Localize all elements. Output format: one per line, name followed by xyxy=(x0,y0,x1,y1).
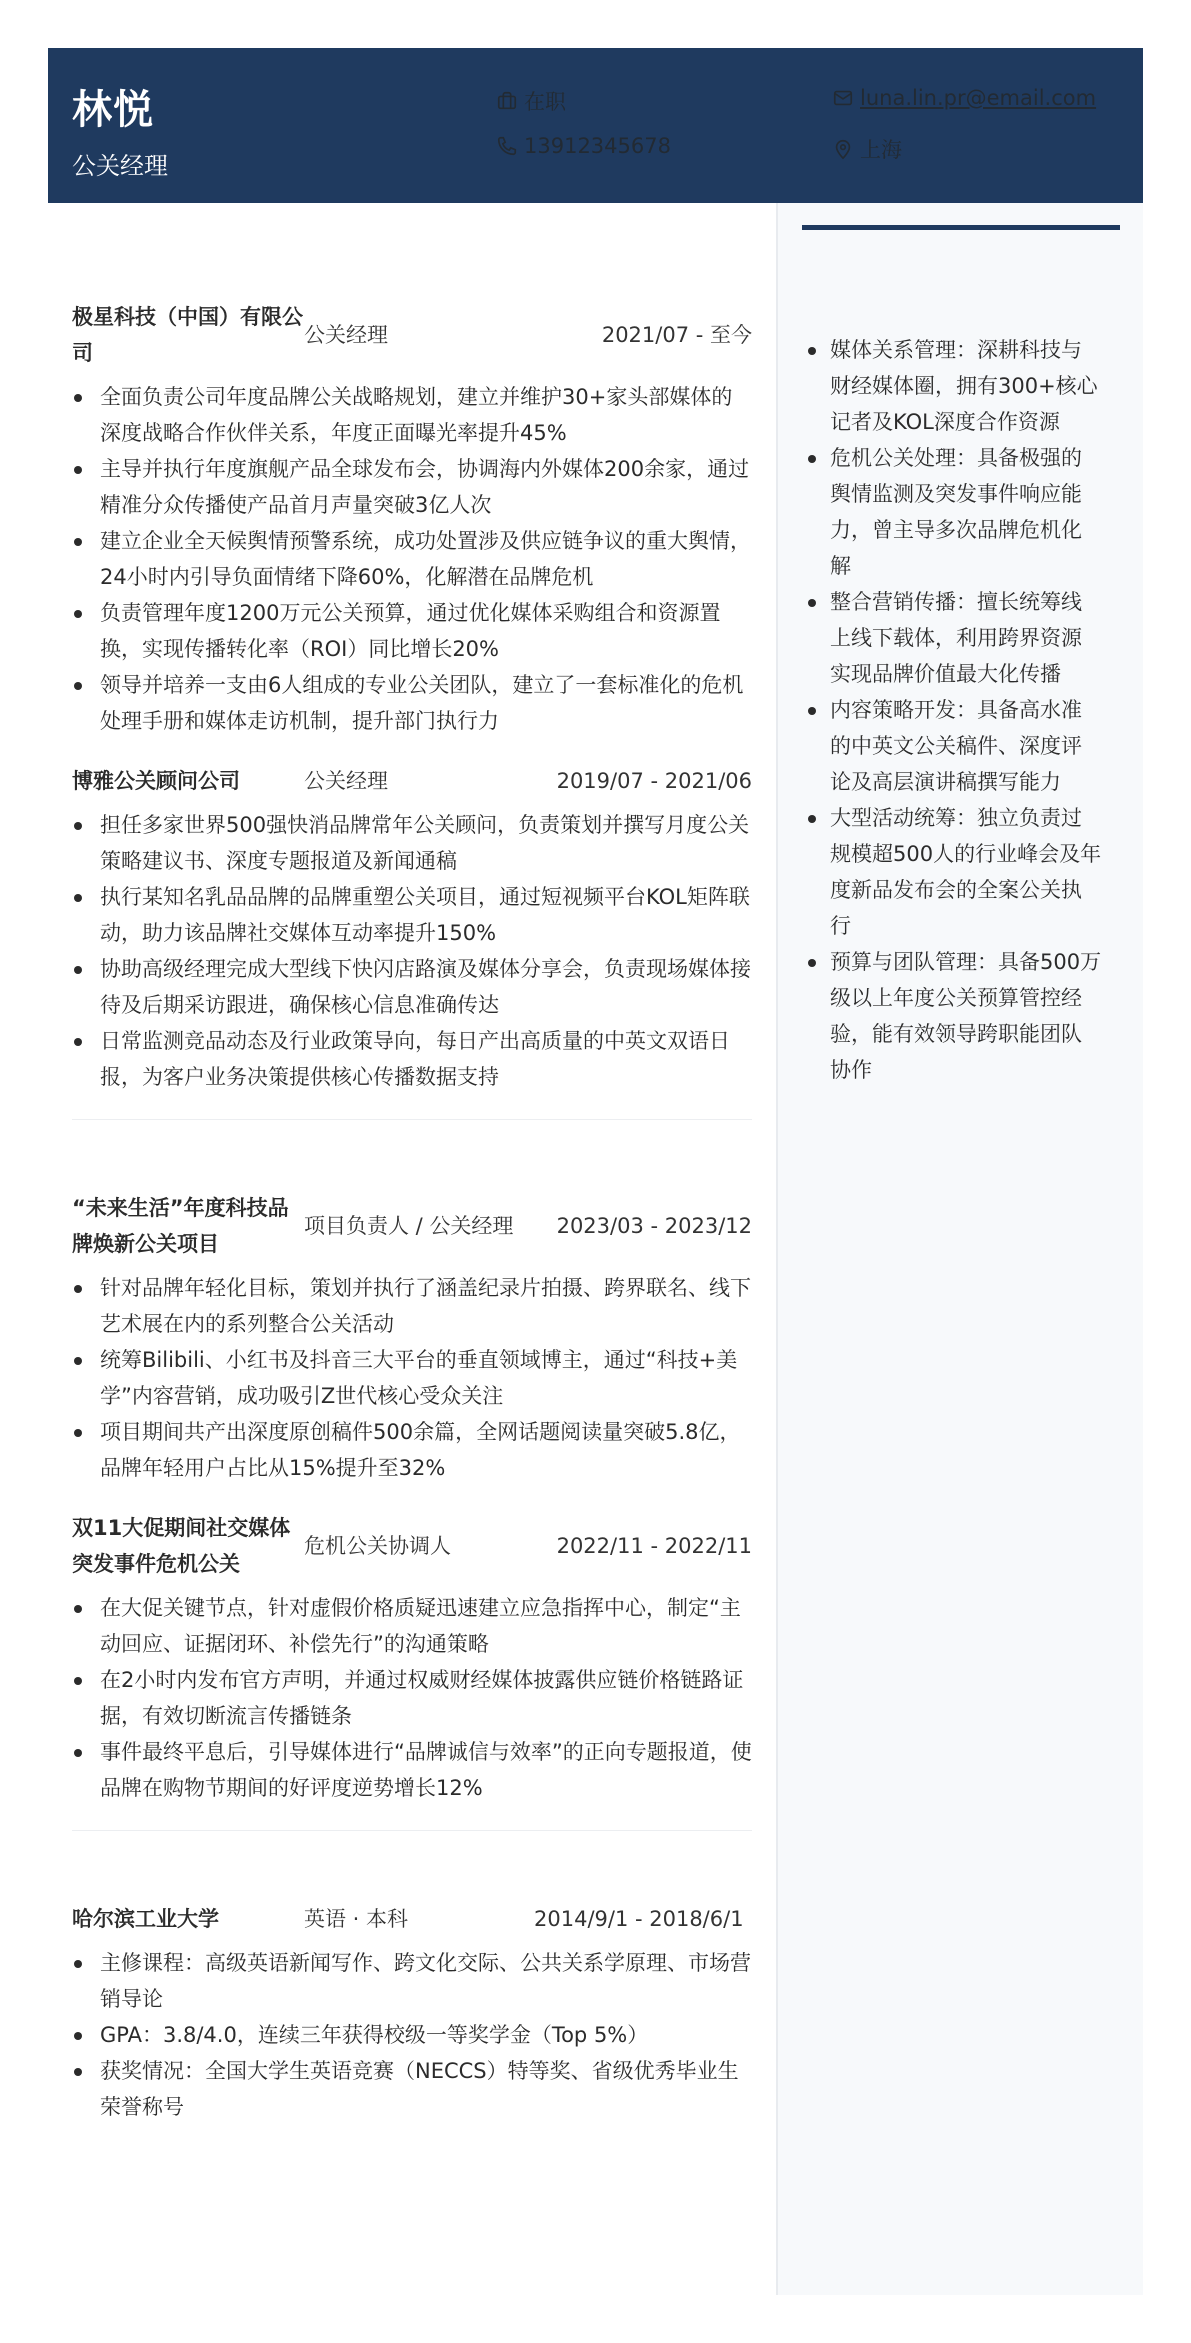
skill-item: 媒体关系管理：深耕科技与财经媒体圈，拥有300+核心记者及KOL深度合作资源 xyxy=(802,332,1102,440)
skill-item: 内容策略开发：具备高水准的中英文公关稿件、深度评论及高层演讲稿撰写能力 xyxy=(802,692,1102,800)
contact-phone-text: 13912345678 xyxy=(524,134,671,158)
entry-date: 2022/11 - 2022/11 xyxy=(544,1528,752,1564)
bullet-item: 负责管理年度1200万元公关预算，通过优化媒体采购组合和资源置换，实现传播转化率… xyxy=(72,595,752,667)
sidebar: 媒体关系管理：深耕科技与财经媒体圈，拥有300+核心记者及KOL深度合作资源 危… xyxy=(776,203,1143,2295)
entry-bullets: 全面负责公司年度品牌公关战略规划，建立并维护30+家头部媒体的深度战略合作伙伴关… xyxy=(72,379,752,739)
skill-item: 危机公关处理：具备极强的舆情监测及突发事件响应能力，曾主导多次品牌危机化解 xyxy=(802,440,1102,584)
contact-location: 上海 xyxy=(832,134,902,164)
skill-item: 整合营销传播：擅长统筹线上线下载体，利用跨界资源实现品牌价值最大化传播 xyxy=(802,584,1102,692)
entry-organization: 双11大促期间社交媒体突发事件危机公关 xyxy=(72,1510,304,1582)
entry-bullets: 主修课程：高级英语新闻写作、跨文化交际、公共关系学原理、市场营销导论 GPA：3… xyxy=(72,1945,752,2125)
entry-bullets: 针对品牌年轻化目标，策划并执行了涵盖纪录片拍摄、跨界联名、线下艺术展在内的系列整… xyxy=(72,1270,752,1486)
entry-bullets: 在大促关键节点，针对虚假价格质疑迅速建立应急指挥中心，制定“主动回应、证据闭环、… xyxy=(72,1590,752,1806)
project-entry: “未来生活”年度科技品牌焕新公关项目 项目负责人 / 公关经理 2023/03 … xyxy=(72,1190,752,1486)
resume: 林悦 公关经理 在职 13912345678 luna.lin.pr@email… xyxy=(48,48,1143,2295)
skills-list: 媒体关系管理：深耕科技与财经媒体圈，拥有300+核心记者及KOL深度合作资源 危… xyxy=(802,332,1119,1088)
projects-section: “未来生活”年度科技品牌焕新公关项目 项目负责人 / 公关经理 2023/03 … xyxy=(72,1120,752,1831)
contact-phone: 13912345678 xyxy=(496,134,671,158)
bullet-item: 主修课程：高级英语新闻写作、跨文化交际、公共关系学原理、市场营销导论 xyxy=(72,1945,752,2017)
entry-organization: 极星科技（中国）有限公司 xyxy=(72,299,304,371)
contact-status: 在职 xyxy=(496,86,566,116)
education-section: 哈尔滨工业大学 英语 · 本科 2014/9/1 - 2018/6/1 主修课程… xyxy=(72,1831,752,2125)
briefcase-icon xyxy=(496,90,518,112)
entry-date: 2014/9/1 - 2018/6/1 xyxy=(532,1901,752,1937)
bullet-item: 针对品牌年轻化目标，策划并执行了涵盖纪录片拍摄、跨界联名、线下艺术展在内的系列整… xyxy=(72,1270,752,1342)
candidate-name: 林悦 xyxy=(72,78,154,135)
bullet-item: GPA：3.8/4.0，连续三年获得校级一等奖学金（Top 5%） xyxy=(72,2017,752,2053)
entry-school: 哈尔滨工业大学 xyxy=(72,1901,304,1937)
bullet-item: 主导并执行年度旗舰产品全球发布会，协调海内外媒体200余家，通过精准分众传播使产… xyxy=(72,451,752,523)
education-entry: 哈尔滨工业大学 英语 · 本科 2014/9/1 - 2018/6/1 主修课程… xyxy=(72,1901,752,2125)
bullet-item: 执行某知名乳品品牌的品牌重塑公关项目，通过短视频平台KOL矩阵联动，助力该品牌社… xyxy=(72,879,752,951)
entry-role: 危机公关协调人 xyxy=(304,1528,544,1564)
experience-section: 极星科技（中国）有限公司 公关经理 2021/07 - 至今 全面负责公司年度品… xyxy=(72,203,752,1120)
bullet-item: 日常监测竞品动态及行业政策导向，每日产出高质量的中英文双语日报，为客户业务决策提… xyxy=(72,1023,752,1095)
entry-date: 2019/07 - 2021/06 xyxy=(544,763,752,799)
entry-header: 博雅公关顾问公司 公关经理 2019/07 - 2021/06 xyxy=(72,763,752,799)
entry-role: 项目负责人 / 公关经理 xyxy=(304,1208,534,1244)
project-entry: 双11大促期间社交媒体突发事件危机公关 危机公关协调人 2022/11 - 20… xyxy=(72,1510,752,1806)
bullet-item: 在大促关键节点，针对虚假价格质疑迅速建立应急指挥中心，制定“主动回应、证据闭环、… xyxy=(72,1590,752,1662)
bullet-item: 领导并培养一支由6人组成的专业公关团队，建立了一套标准化的危机处理手册和媒体走访… xyxy=(72,667,752,739)
experience-entry: 博雅公关顾问公司 公关经理 2019/07 - 2021/06 担任多家世界50… xyxy=(72,763,752,1095)
bullet-item: 事件最终平息后，引导媒体进行“品牌诚信与效率”的正向专题报道，使品牌在购物节期间… xyxy=(72,1734,752,1806)
entry-role: 公关经理 xyxy=(304,763,544,799)
entry-role: 公关经理 xyxy=(304,317,544,353)
resume-body: 极星科技（中国）有限公司 公关经理 2021/07 - 至今 全面负责公司年度品… xyxy=(48,203,1143,2295)
email-link[interactable]: luna.lin.pr@email.com xyxy=(860,86,1096,110)
bullet-item: 协助高级经理完成大型线下快闪店路演及媒体分享会，负责现场媒体接待及后期采访跟进，… xyxy=(72,951,752,1023)
entry-header: 双11大促期间社交媒体突发事件危机公关 危机公关协调人 2022/11 - 20… xyxy=(72,1510,752,1582)
bullet-item: 获奖情况：全国大学生英语竞赛（NECCS）特等奖、省级优秀毕业生荣誉称号 xyxy=(72,2053,752,2125)
resume-header: 林悦 公关经理 在职 13912345678 luna.lin.pr@email… xyxy=(48,48,1143,203)
contact-email: luna.lin.pr@email.com xyxy=(832,86,1096,110)
phone-icon xyxy=(496,135,518,157)
entry-degree: 英语 · 本科 xyxy=(304,1901,532,1937)
bullet-item: 全面负责公司年度品牌公关战略规划，建立并维护30+家头部媒体的深度战略合作伙伴关… xyxy=(72,379,752,451)
main-column: 极星科技（中国）有限公司 公关经理 2021/07 - 至今 全面负责公司年度品… xyxy=(48,203,776,2295)
entry-date: 2023/03 - 2023/12 xyxy=(544,1208,752,1244)
entry-organization: “未来生活”年度科技品牌焕新公关项目 xyxy=(72,1190,304,1262)
bullet-item: 统筹Bilibili、小红书及抖音三大平台的垂直领域博主，通过“科技+美学”内容… xyxy=(72,1342,752,1414)
bullet-item: 在2小时内发布官方声明，并通过权威财经媒体披露供应链价格链路证据，有效切断流言传… xyxy=(72,1662,752,1734)
bullet-item: 建立企业全天候舆情预警系统，成功处置涉及供应链争议的重大舆情，24小时内引导负面… xyxy=(72,523,752,595)
candidate-title: 公关经理 xyxy=(72,146,168,181)
entry-header: 极星科技（中国）有限公司 公关经理 2021/07 - 至今 xyxy=(72,299,752,371)
entry-bullets: 担任多家世界500强快消品牌常年公关顾问，负责策划并撰写月度公关策略建议书、深度… xyxy=(72,807,752,1095)
bullet-item: 项目期间共产出深度原创稿件500余篇，全网话题阅读量突破5.8亿，品牌年轻用户占… xyxy=(72,1414,752,1486)
experience-entry: 极星科技（中国）有限公司 公关经理 2021/07 - 至今 全面负责公司年度品… xyxy=(72,299,752,739)
sidebar-accent-bar xyxy=(802,225,1120,230)
mail-icon xyxy=(832,87,854,109)
skill-item: 大型活动统筹：独立负责过规模超500人的行业峰会及年度新品发布会的全案公关执行 xyxy=(802,800,1102,944)
entry-date: 2021/07 - 至今 xyxy=(544,317,752,353)
skill-item: 预算与团队管理：具备500万级以上年度公关预算管控经验，能有效领导跨职能团队协作 xyxy=(802,944,1102,1088)
entry-header: 哈尔滨工业大学 英语 · 本科 2014/9/1 - 2018/6/1 xyxy=(72,1901,752,1937)
contact-location-text: 上海 xyxy=(860,134,902,164)
entry-organization: 博雅公关顾问公司 xyxy=(72,763,304,799)
entry-header: “未来生活”年度科技品牌焕新公关项目 项目负责人 / 公关经理 2023/03 … xyxy=(72,1190,752,1262)
contact-status-text: 在职 xyxy=(524,86,566,116)
location-pin-icon xyxy=(832,138,854,160)
bullet-item: 担任多家世界500强快消品牌常年公关顾问，负责策划并撰写月度公关策略建议书、深度… xyxy=(72,807,752,879)
